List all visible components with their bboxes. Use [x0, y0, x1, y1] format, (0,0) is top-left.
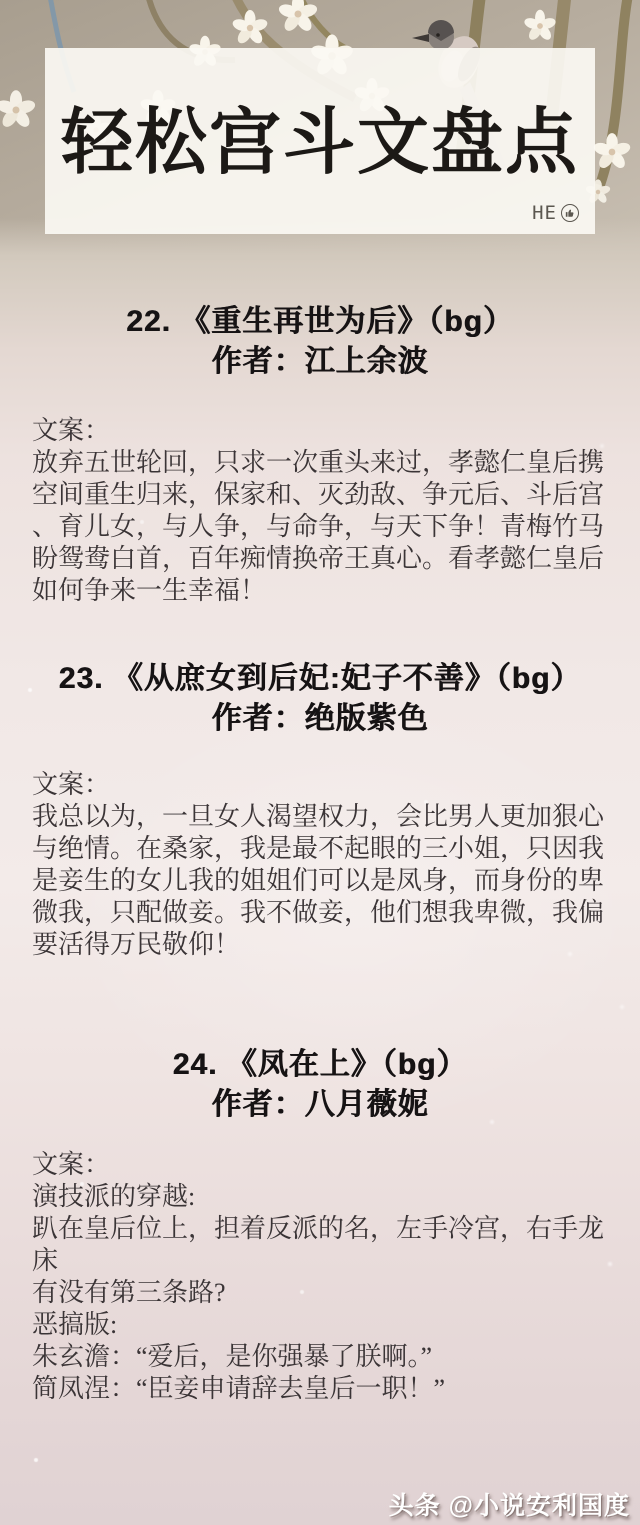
book-entry-22: 22. 《重生再世为后》（bg） 作者：江上余波 文案： 放弃五世轮回，只求一次… [0, 302, 640, 607]
copy-line: 要活得万民敬仰！ [32, 929, 640, 961]
book-author: 作者：绝版紫色 [0, 699, 640, 739]
copy-label: 文案： [32, 1149, 640, 1181]
he-badge: HE [532, 202, 579, 224]
book-title: 24. 《凤在上》（bg） [0, 1045, 640, 1085]
book-list: 22. 《重生再世为后》（bg） 作者：江上余波 文案： 放弃五世轮回，只求一次… [0, 258, 640, 1405]
copy-label: 文案： [32, 769, 640, 801]
copy-line: 放弃五世轮回，只求一次重头来过，孝懿仁皇后携 [32, 447, 640, 479]
copy-line: 恶搞版: [32, 1309, 640, 1341]
watermark: 头条 @小说安利国度 [389, 1486, 630, 1522]
copy-line: 床 [32, 1245, 640, 1277]
copy-line: 如何争来一生幸福！ [32, 575, 640, 607]
book-title: 23. 《从庶女到后妃:妃子不善》（bg） [0, 659, 640, 699]
book-copy: 演技派的穿越:趴在皇后位上，担着反派的名，左手冷宫，右手龙床有没有第三条路?恶搞… [0, 1181, 640, 1405]
copy-line: 是妾生的女儿我的姐姐们可以是凤身，而身份的卑 [32, 865, 640, 897]
copy-line: 空间重生归来，保家和、灭劲敌、争元后、斗后宫 [32, 479, 640, 511]
book-copy: 放弃五世轮回，只求一次重头来过，孝懿仁皇后携空间重生归来，保家和、灭劲敌、争元后… [0, 447, 640, 607]
copy-line: 微我，只配做妾。我不做妾，他们想我卑微，我偏 [32, 897, 640, 929]
header-banner: 轻松宫斗文盘点 HE [0, 0, 640, 258]
copy-line: 趴在皇后位上，担着反派的名，左手冷宫，右手龙 [32, 1213, 640, 1245]
copy-line: 盼鸳鸯白首，百年痴情换帝王真心。看孝懿仁皇后 [32, 543, 640, 575]
copy-line: 简凤涅：“臣妾申请辞去皇后一职！” [32, 1373, 640, 1405]
book-copy: 我总以为，一旦女人渴望权力，会比男人更加狠心与绝情。在桑家，我是最不起眼的三小姐… [0, 801, 640, 961]
title-card: 轻松宫斗文盘点 HE [45, 48, 595, 234]
book-title: 22. 《重生再世为后》（bg） [0, 302, 640, 342]
copy-line: 我总以为，一旦女人渴望权力，会比男人更加狠心 [32, 801, 640, 833]
book-entry-24: 24. 《凤在上》（bg） 作者：八月薇妮 文案： 演技派的穿越:趴在皇后位上，… [0, 1045, 640, 1405]
page: 轻松宫斗文盘点 HE 22. 《重生再世为后》（bg） 作者：江上余波 文案： … [0, 0, 640, 1525]
book-author: 作者：八月薇妮 [0, 1085, 640, 1125]
copy-label: 文案： [32, 415, 640, 447]
copy-line: 、育儿女，与人争，与命争，与天下争！青梅竹马 [32, 511, 640, 543]
he-badge-text: HE [532, 202, 557, 224]
book-entry-23: 23. 《从庶女到后妃:妃子不善》（bg） 作者：绝版紫色 文案： 我总以为，一… [0, 659, 640, 961]
copy-line: 演技派的穿越: [32, 1181, 640, 1213]
copy-line: 朱玄澹：“爱后，是你强暴了朕啊。” [32, 1341, 640, 1373]
copy-line: 有没有第三条路? [32, 1277, 640, 1309]
copy-line: 与绝情。在桑家，我是最不起眼的三小姐，只因我 [32, 833, 640, 865]
background-specks [0, 0, 4, 4]
page-title: 轻松宫斗文盘点 [61, 84, 579, 188]
book-author: 作者：江上余波 [0, 342, 640, 382]
thumbs-up-icon [561, 204, 579, 222]
